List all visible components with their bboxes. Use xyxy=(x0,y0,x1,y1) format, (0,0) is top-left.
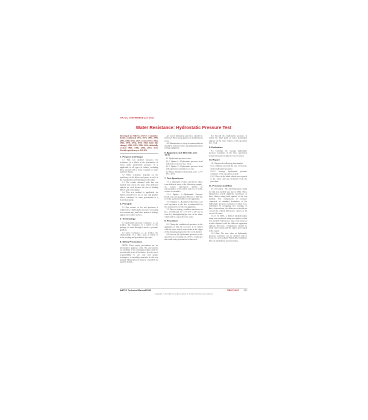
body-paragraph: 1.4 This test method is applicable for f… xyxy=(120,191,158,201)
footer-manual-title: AATCC Technical Manual/2018 xyxy=(120,289,151,291)
body-paragraph: 6.1.1 Option 1—Hydrostatic pressure head… xyxy=(164,160,202,165)
body-paragraph: 11.2 Bias. The true value of hydrostatic… xyxy=(209,232,247,242)
body-paragraph: 10.1.3 Face of the fabric which was expo… xyxy=(209,175,247,182)
body-paragraph: 7.1.2 Option 2—Restrained Specimen. Cut … xyxy=(164,201,202,208)
body-paragraph: 6.2 Water, distilled or deionized, at 21… xyxy=(164,171,202,176)
page-title: Water Resistance: Hydrostatic Pressure T… xyxy=(120,125,247,130)
body-paragraph: 3.2 water resistance, n.—in textiles, th… xyxy=(120,232,158,239)
body-paragraph: 10.1.2 Average hydrostatic pressure resi… xyxy=(209,170,247,175)
section-heading: 10. Report xyxy=(209,159,247,162)
section-heading: 9. Evaluation xyxy=(209,146,247,149)
body-paragraph: 1.3 The results obtained with this test … xyxy=(120,181,158,191)
body-paragraph: 7.1.1 Option 1—Hydrostatic Pressure Head… xyxy=(164,193,202,200)
footer-right: TM127-2017 217 xyxy=(227,289,247,291)
document-content: AATCC Test Method 127-2017 Water Resista… xyxy=(120,117,247,295)
page-footer: AATCC Technical Manual/2018 TM127-2017 2… xyxy=(120,288,247,291)
body-paragraph: 1.2 Water resistance depends on the repe… xyxy=(120,174,158,181)
body-paragraph: 4.1 Good laboratory practices should be … xyxy=(164,135,202,142)
body-paragraph: 3.1 hydrostatic pressure resistance, n.—… xyxy=(120,222,158,232)
body-paragraph: 11.1 Precision. The inter-laboratory stu… xyxy=(209,188,247,215)
body-paragraph: 8.3 Record the hydrostatic pressure at w… xyxy=(209,135,247,145)
column-1: Developed in 1946 by AATCC Committee RA6… xyxy=(120,135,158,286)
footer-page-number: 217 xyxy=(244,289,248,291)
copyright-line: Copyright © 2017 American Association of… xyxy=(120,293,247,295)
method-number-text: AATCC Test Method 127-2017 xyxy=(120,117,247,119)
footer-method-code: TM127-2017 xyxy=(227,289,239,291)
body-paragraph: 10.1.1 Option used and the rate of incre… xyxy=(209,165,247,170)
body-paragraph: 1.1 This test method measures the resist… xyxy=(120,159,158,173)
body-paragraph: NOTE: These safety precautions are for i… xyxy=(120,244,158,263)
section-heading: 7. Test Specimens xyxy=(164,177,202,180)
column-2: 4.1 Good laboratory practices should be … xyxy=(164,135,202,286)
section-heading: 6. Apparatus and Materials (see 12.1) xyxy=(164,151,202,156)
section-heading: 3. Terminology xyxy=(120,218,158,221)
body-paragraph: 9.1 Calculate the average hydrostatic pr… xyxy=(209,150,247,157)
body-paragraph: 8.2 Increase the hydrostatic pressure on… xyxy=(164,233,202,240)
document-page: AATCC Test Method 127-2017 Water Resista… xyxy=(0,0,368,420)
body-paragraph: 11.1.1 In 2003, a limited interlaborator… xyxy=(209,215,247,232)
section-heading: 11. Precision and Bias xyxy=(209,185,247,188)
section-heading: 2. Principle xyxy=(120,203,158,206)
section-heading: 1. Purpose and Scope xyxy=(120,156,158,159)
body-paragraph: 4.2 Manufacturer's safety recommendation… xyxy=(164,142,202,149)
body-paragraph: 7.1 A minimum of three specimens, taken … xyxy=(164,181,202,193)
section-heading: 4. Safety Precautions xyxy=(120,241,158,244)
body-paragraph: 6.1.2 Option 2—Hydrostatic pressure head… xyxy=(164,165,202,170)
body-columns: Developed in 1946 by AATCC Committee RA6… xyxy=(120,135,247,286)
history-paragraph: Developed in 1946 by AATCC Committee RA6… xyxy=(120,135,158,152)
body-paragraph: 2.1 One surface of the test specimen is … xyxy=(120,206,158,216)
section-heading: 8. Procedure xyxy=(164,220,202,223)
body-paragraph: 7.2 Prior to testing, condition specimen… xyxy=(164,208,202,218)
column-3: 8.3 Record the hydrostatic pressure at w… xyxy=(209,135,247,286)
body-paragraph: 8.1 Clamp the conditioned specimen in th… xyxy=(164,223,202,233)
